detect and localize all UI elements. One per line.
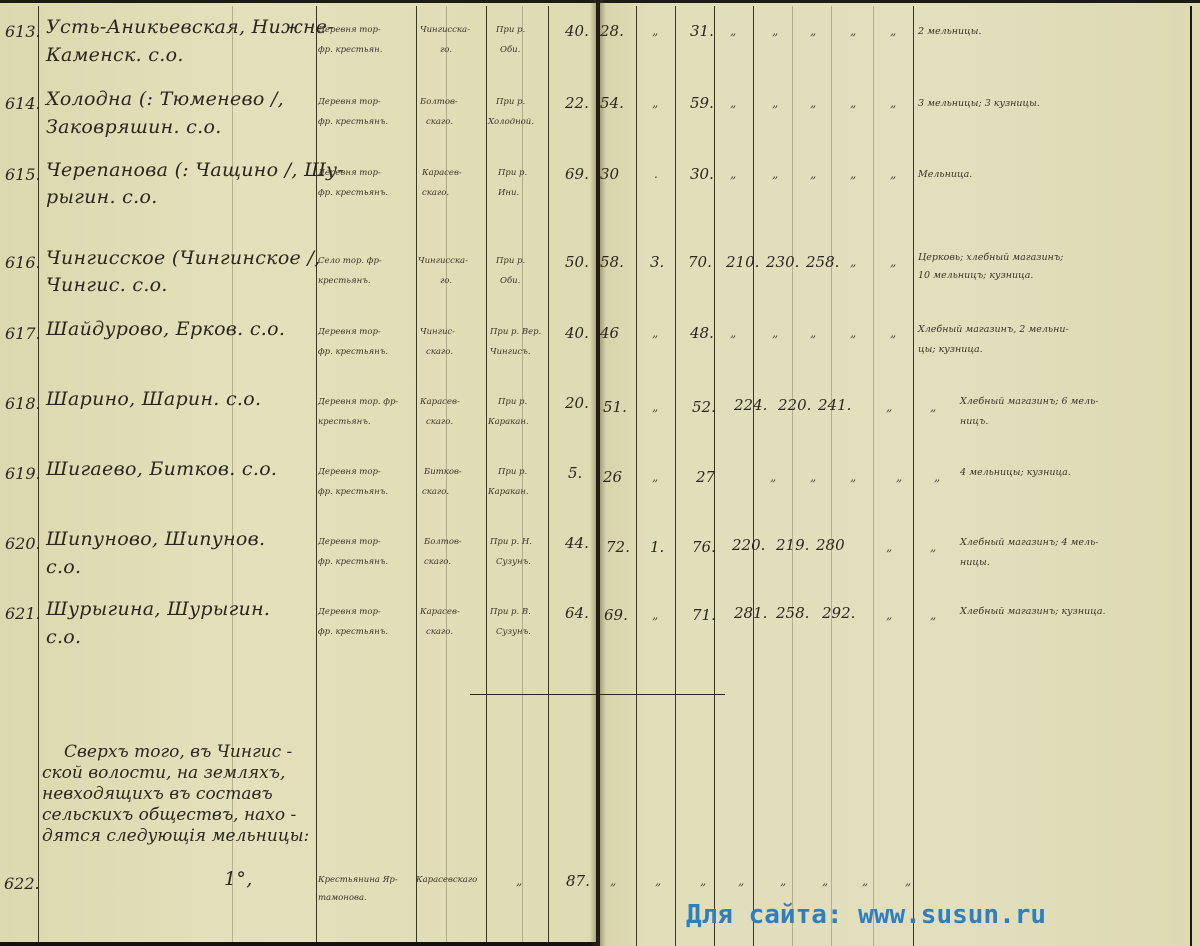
column-rule-c9: [873, 6, 874, 946]
owner-cont: тамонова.: [318, 890, 367, 906]
value-c7: „: [810, 24, 816, 38]
value-c8: „: [850, 167, 856, 181]
water-source-cont: Оби.: [500, 273, 520, 289]
water-source-cont: Чингисъ.: [490, 344, 531, 360]
water-source-cont: Каракан.: [488, 484, 529, 500]
water-source: При р.: [496, 22, 525, 38]
settlement-type-cont: фр. крестьянъ.: [318, 484, 388, 500]
volost-cont: скаго.: [426, 344, 453, 360]
owner: Крестьянина Яр-: [318, 872, 398, 888]
value-c1: 69.: [565, 165, 589, 183]
notes-cont: ницъ.: [960, 412, 988, 431]
notes-cont: 10 мельницъ; кузница.: [918, 266, 1033, 285]
notes-cont: цы; кузница.: [918, 340, 983, 359]
settlement-name: Чингисское (Чингинское /,: [46, 247, 320, 269]
value-c5: 224.: [734, 396, 767, 414]
value-c6: „: [772, 326, 778, 340]
value-c5: 281.: [734, 604, 767, 622]
value-c1: 50.: [565, 253, 589, 271]
water-source: „: [516, 874, 522, 888]
value-c1: 40.: [565, 22, 589, 40]
value-c4: „: [700, 874, 706, 888]
settlement-name-cont: с.о.: [46, 556, 81, 578]
column-rule-notes: [913, 6, 914, 946]
settlement-name-cont: Заковряшин. с.о.: [46, 116, 222, 138]
value-c6: 258.: [776, 604, 809, 622]
water-source-cont: Холодной.: [488, 114, 534, 130]
settlement-name-cont: рыгин. с.о.: [46, 186, 158, 208]
value-c6: „: [780, 874, 786, 888]
value-c2: 30: [600, 165, 619, 183]
value-c5: „: [730, 24, 736, 38]
value-c9: „: [930, 400, 936, 414]
volost: Карасевскаго: [416, 872, 477, 888]
value-c8: „: [850, 326, 856, 340]
value-c9: „: [890, 24, 896, 38]
settlement-name: Шурыгина, Шурыгин.: [46, 598, 270, 620]
volost-cont: го.: [440, 273, 452, 289]
settlement-name: Холодна (: Тюменево /,: [46, 88, 284, 110]
value-c2: 46: [600, 324, 619, 342]
value-c1: 5.: [568, 464, 582, 482]
value-c1: 64.: [565, 604, 589, 622]
settlement-type-cont: фр. крестьянъ.: [318, 624, 388, 640]
water-source: При р. Вер.: [490, 324, 541, 340]
value-c3: .: [654, 167, 658, 181]
value-c7: 280: [816, 536, 845, 554]
settlement-type: Деревня тор-: [318, 534, 381, 550]
value-c8: „: [886, 400, 892, 414]
value-c5: „: [738, 874, 744, 888]
water-source: При р.: [498, 394, 527, 410]
notes: Хлебный магазинъ; 6 мель-: [960, 392, 1098, 411]
column-rule-c1: [548, 6, 549, 942]
notes: Мельница.: [918, 165, 972, 184]
settlement-type-cont: фр. крестьян.: [318, 42, 382, 58]
volost-cont: скаго.: [426, 114, 453, 130]
footnote-line: сельскихъ обществъ, нахо -: [42, 805, 309, 826]
value-c6: „: [772, 167, 778, 181]
value-c8: „: [886, 608, 892, 622]
value-c7: „: [810, 96, 816, 110]
settlement-type-cont: фр. крестьянъ.: [318, 114, 388, 130]
value-c9: „: [905, 874, 911, 888]
volost-cont: скаго.: [424, 554, 451, 570]
settlement-type: Деревня тор-: [318, 22, 381, 38]
value-c3: „: [652, 326, 658, 340]
value-c7: 292.: [822, 604, 855, 622]
value-c8: „: [850, 96, 856, 110]
value-c3: „: [652, 96, 658, 110]
value-c5: 220.: [732, 536, 765, 554]
water-source: При р.: [496, 253, 525, 269]
notes: Хлебный магазинъ; кузница.: [960, 602, 1106, 621]
value-c3: „: [655, 874, 661, 888]
volost: Чингисска-: [420, 22, 470, 38]
notes: Церковь; хлебный магазинъ;: [918, 248, 1063, 267]
settlement-type-cont: крестьянъ.: [318, 414, 371, 430]
settlement-type: Деревня тор-: [318, 94, 381, 110]
value-c1: 20.: [565, 394, 589, 412]
value-c4: 30.: [690, 165, 714, 183]
row-number: 617.: [5, 324, 41, 343]
value-c5: „: [730, 326, 736, 340]
value-c4: 59.: [690, 94, 714, 112]
water-source-cont: Оби.: [500, 42, 520, 58]
value-c2: 26: [603, 468, 622, 486]
value-c2: 58.: [600, 253, 624, 271]
value-c8: „: [896, 470, 902, 484]
value-c6: „: [772, 96, 778, 110]
value-c2: 51.: [603, 398, 627, 416]
settlement-name-cont: с.о.: [46, 626, 81, 648]
water-source: При р.: [498, 464, 527, 480]
value-c2: 72.: [606, 538, 630, 556]
value-c6: „: [810, 470, 816, 484]
value-c8: „: [886, 540, 892, 554]
value-c2: „: [610, 874, 616, 888]
volost-cont: скаго.: [422, 185, 449, 201]
value-c4: 52.: [692, 398, 716, 416]
column-rule-volost: [416, 6, 417, 942]
footnote-line: Сверхъ того, въ Чингис -: [42, 742, 309, 763]
row-number: 613.: [5, 22, 41, 41]
water-source: При р.: [498, 165, 527, 181]
site-watermark: Для сайта: www.susun.ru: [686, 900, 1046, 930]
volost: Чингис-: [420, 324, 455, 340]
water-source-cont: Сузунъ.: [496, 624, 531, 640]
value-c1: 22.: [565, 94, 589, 112]
row-number: 614.: [5, 94, 41, 113]
settlement-name: Шарино, Шарин. с.о.: [46, 388, 261, 410]
settlement-type-cont: крестьянъ.: [318, 273, 371, 289]
mill-number: 1°,: [224, 868, 253, 890]
row-number: 618.: [5, 394, 41, 413]
settlement-name: Усть-Аникьевская, Нижне-: [46, 16, 334, 38]
value-c5: „: [770, 470, 776, 484]
value-c9: „: [890, 326, 896, 340]
settlement-type-cont: фр. крестьянъ.: [318, 554, 388, 570]
settlement-name: Шипуново, Шипунов.: [46, 528, 265, 550]
value-c9: „: [930, 540, 936, 554]
settlement-name-cont: Каменск. с.о.: [46, 44, 184, 66]
value-c3: „: [652, 470, 658, 484]
row-number: 615.: [5, 165, 41, 184]
value-c3: „: [652, 400, 658, 414]
value-c9: „: [930, 608, 936, 622]
volost: Болтов-: [424, 534, 462, 550]
value-c2: 54.: [600, 94, 624, 112]
value-c7: 258.: [806, 253, 839, 271]
volost-cont: скаго.: [426, 414, 453, 430]
settlement-type: Деревня тор. фр-: [318, 394, 398, 410]
value-c2: 69.: [604, 606, 628, 624]
settlement-type: Деревня тор-: [318, 165, 381, 181]
value-c9: „: [890, 255, 896, 269]
value-c1: 44.: [565, 534, 589, 552]
value-c4: 48.: [690, 324, 714, 342]
volost: Карасев-: [420, 394, 460, 410]
value-c3: „: [652, 608, 658, 622]
footnote-line: невходящихъ въ составъ: [42, 784, 309, 805]
row-number: 622.: [4, 874, 40, 893]
value-c7: „: [822, 874, 828, 888]
column-rule-c4: [675, 6, 676, 946]
row-number: 620.: [5, 534, 41, 553]
settlement-name: Черепанова (: Чащино /, Шу-: [46, 159, 344, 181]
value-c8: „: [862, 874, 868, 888]
volost-cont: скаго.: [422, 484, 449, 500]
settlement-name: Шайдурово, Ерков. с.о.: [46, 318, 285, 340]
value-c9: „: [934, 470, 940, 484]
column-rule-c3: [636, 6, 637, 946]
water-source-cont: Сузунъ.: [496, 554, 531, 570]
settlement-type: Деревня тор-: [318, 324, 381, 340]
row-number: 621.: [5, 604, 41, 623]
settlement-type: Село тор. фр-: [318, 253, 382, 269]
total-rule: [470, 694, 596, 695]
value-c1: 87.: [566, 872, 590, 890]
value-c7: „: [850, 470, 856, 484]
value-c5: „: [730, 167, 736, 181]
value-c9: „: [890, 96, 896, 110]
value-c7: „: [810, 326, 816, 340]
settlement-type: Деревня тор-: [318, 604, 381, 620]
value-c1: 40.: [565, 324, 589, 342]
value-c6: „: [772, 24, 778, 38]
volost: Чингисска-: [418, 253, 468, 269]
water-source: При р.: [496, 94, 525, 110]
water-source-cont: Ини.: [498, 185, 519, 201]
volost: Карасев-: [422, 165, 462, 181]
volost: Битков-: [424, 464, 462, 480]
value-c6: 219.: [776, 536, 809, 554]
volost-cont: скаго.: [426, 624, 453, 640]
value-c4: 27: [696, 468, 715, 486]
settlement-name-cont: Чингис. с.о.: [46, 274, 168, 296]
total-rule: [600, 694, 725, 695]
value-c5: „: [730, 96, 736, 110]
column-rule-c8: [831, 6, 832, 946]
value-c3: 1.: [650, 538, 664, 556]
volost: Болтов-: [420, 94, 458, 110]
settlement-type: Деревня тор-: [318, 464, 381, 480]
settlement-type-cont: фр. крестьянъ.: [318, 185, 388, 201]
column-rule-water: [486, 6, 487, 942]
footnote-paragraph: Сверхъ того, въ Чингис - ской волости, н…: [42, 742, 309, 847]
water-source: При р. В.: [490, 604, 531, 620]
value-c4: 76.: [692, 538, 716, 556]
row-number: 616.: [5, 253, 41, 272]
value-c5: 210.: [726, 253, 759, 271]
value-c8: „: [850, 255, 856, 269]
water-source: При р. Н.: [490, 534, 532, 550]
notes: Хлебный магазинъ; 4 мель-: [960, 533, 1098, 552]
value-c4: 70.: [688, 253, 712, 271]
settlement-name: Шигаево, Битков. с.о.: [46, 458, 277, 480]
footnote-line: дятся следующiя мельницы:: [42, 826, 309, 847]
value-c7: „: [810, 167, 816, 181]
volost: Карасев-: [420, 604, 460, 620]
column-rule-c7: [792, 6, 793, 946]
value-c2: 28.: [600, 22, 624, 40]
value-c6: 220.: [778, 396, 811, 414]
value-c9: „: [890, 167, 896, 181]
volost-cont: го.: [440, 42, 452, 58]
value-c4: 71.: [692, 606, 716, 624]
value-c6: 230.: [766, 253, 799, 271]
footnote-line: ской волости, на земляхъ,: [42, 763, 309, 784]
notes-cont: ницы.: [960, 553, 990, 572]
value-c3: 3.: [650, 253, 664, 271]
value-c3: „: [652, 24, 658, 38]
notes: Хлебный магазинъ, 2 мельни-: [918, 320, 1069, 339]
value-c4: 31.: [690, 22, 714, 40]
notes: 4 мельницы; кузница.: [960, 463, 1071, 482]
notes: 3 мельницы; 3 кузницы.: [918, 94, 1040, 113]
settlement-type-cont: фр. крестьянъ.: [318, 344, 388, 360]
value-c7: 241.: [818, 396, 851, 414]
value-c8: „: [850, 24, 856, 38]
right-edge-rule: [1190, 6, 1192, 946]
row-number: 619.: [5, 464, 41, 483]
notes: 2 мельницы.: [918, 22, 982, 41]
column-rule-c6: [753, 6, 754, 946]
water-source-cont: Каракан.: [488, 414, 529, 430]
